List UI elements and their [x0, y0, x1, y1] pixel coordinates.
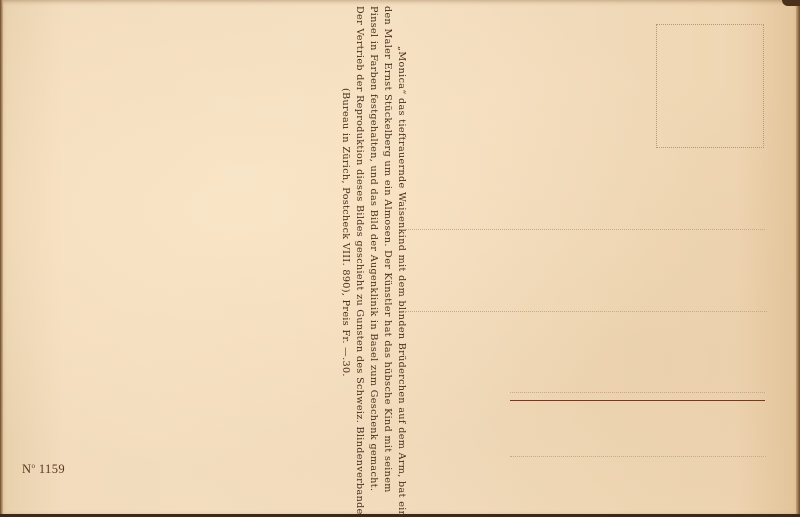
card-edge-left: [0, 0, 3, 517]
caption-line-4: Der Vertrieb der Reproduktion dieses Bil…: [352, 6, 366, 488]
catalog-number: No 1159: [22, 462, 65, 477]
caption-line-1: „Monica“ das tieftrauernde Waisenkind mi…: [394, 6, 408, 488]
catalog-number-prefix-sup: o: [31, 462, 35, 470]
caption-line-2: den Maler Ernst Stückelberg um ein Almos…: [380, 6, 394, 488]
address-divider-line: [510, 400, 765, 401]
stamp-box: [656, 24, 764, 148]
postcard-back: „Monica“ das tieftrauernde Waisenkind mi…: [0, 0, 800, 517]
address-line-2: [405, 311, 767, 312]
address-line-3: [510, 392, 765, 393]
caption-block: „Monica“ das tieftrauernde Waisenkind mi…: [338, 6, 408, 506]
card-corner-wear: [782, 0, 800, 6]
address-line-1: [405, 229, 765, 230]
caption-line-3: Pinsel in Farben festgehalten, und das B…: [366, 6, 380, 488]
caption-rotated-text: „Monica“ das tieftrauernde Waisenkind mi…: [338, 6, 408, 506]
caption-line-5: (Bureau in Zürich, Postcheck VIII. 890),…: [338, 6, 352, 348]
address-line-4: [510, 456, 766, 457]
catalog-number-value: 1159: [39, 462, 65, 476]
card-edge-right: [796, 0, 800, 517]
